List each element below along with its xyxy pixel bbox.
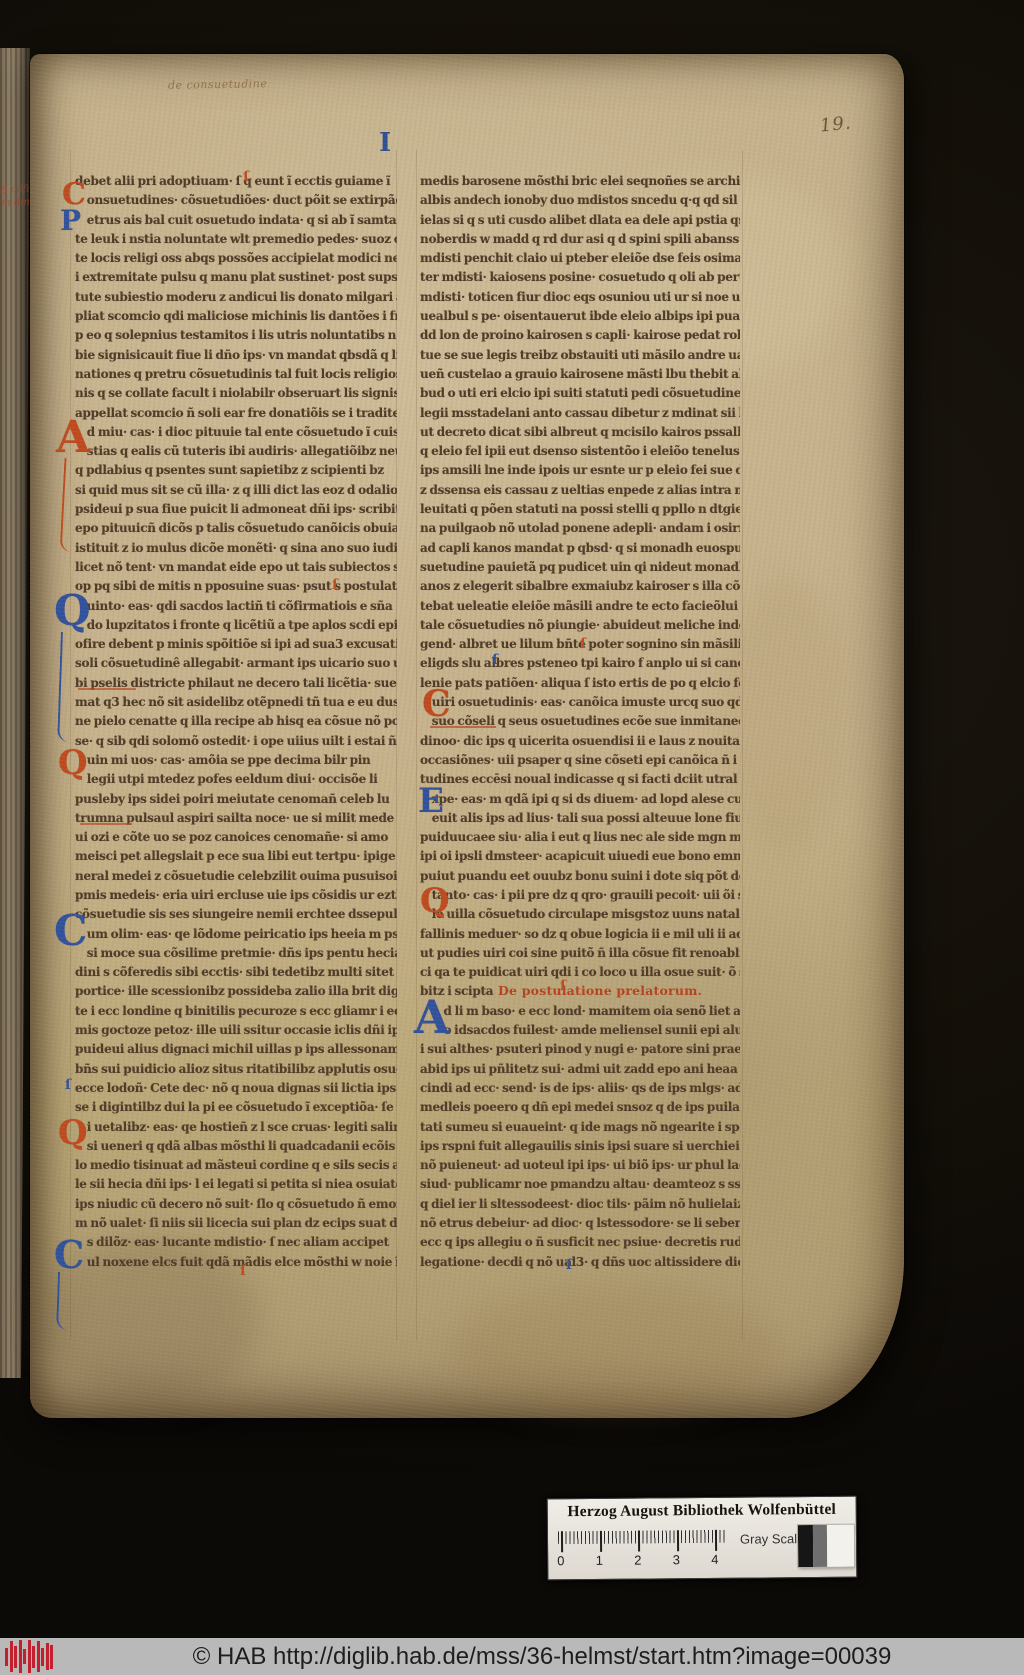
text-line: te locis religi oss abqs possões accipie… — [75, 249, 397, 268]
text-line: ueñ custelao a grauio kairosene mãsti lb… — [420, 365, 740, 384]
text-line: ui ozi e cõte uo se poz canoices cenomañ… — [75, 828, 397, 847]
text-line: nõ puieneut· ad uoteul ipi ips· ui biõ i… — [420, 1156, 740, 1175]
text-line: suo cõseli q seus osuetudines ecõe sue i… — [420, 712, 740, 731]
text-line: pmis medeis· eria uiri ercluse uie ips c… — [75, 886, 397, 905]
text-line: medis barosene mõsthi bric elei seqnoñes… — [420, 172, 740, 191]
text-line: anos z elegerit sibalbre exmaiubz kairos… — [420, 577, 740, 596]
text-line: xpe· eas· m qdã ipi q si ds diuem· ad lo… — [420, 790, 740, 809]
ruling-line — [416, 150, 417, 1340]
text-line: dinoo· dic ips q uicerita osuendisi ii e… — [420, 732, 740, 751]
text-line: soli cõsuetudinê allegabit· armant ips u… — [75, 654, 397, 673]
folio-number: 19. — [819, 112, 853, 136]
mm-ticks — [558, 1530, 726, 1544]
text-line: si moce sua cõsilime pretmie· dñs ips pe… — [75, 944, 397, 963]
parchment-page: de consuetudine I 19. debet alii pri ado… — [30, 54, 904, 1418]
text-line: se i digintilbz dui la pi ee cõsuetudo ĩ… — [75, 1098, 397, 1117]
text-line: legatione· decdi q nõ ual3· q dñs uoc al… — [420, 1253, 740, 1272]
footer-bar: © HAB http://diglib.hab.de/mss/36-helmst… — [0, 1638, 1024, 1675]
illuminated-initial: Q — [58, 1116, 88, 1150]
text-line: eligds slu albres psteneo tpi kairo f an… — [420, 654, 740, 673]
text-line: o idsacdos fuilest· amde meliensel sunii… — [420, 1021, 740, 1040]
illuminated-initial: E — [418, 784, 444, 818]
illuminated-initial: A — [56, 416, 90, 460]
paragraph-mark-icon: ſ — [332, 578, 338, 592]
library-name: Herzog August Bibliothek Wolfenbüttel — [548, 1501, 856, 1522]
copyright-line: © HAB http://diglib.hab.de/mss/36-helmst… — [60, 1638, 1024, 1675]
text-line: tue se sue legis treibz obstauiti uti mã… — [420, 346, 740, 365]
text-line: nis q se collate facult i niolabilr obse… — [75, 384, 397, 403]
text-line: uinto· eas· qdi sacdos lactiñ ti cõfirma… — [75, 597, 397, 616]
text-line: ter mdisti· kaiosens posine· cosuetudo q… — [420, 268, 740, 287]
logo-bar — [37, 1641, 40, 1672]
text-line: mdisti· toticen fiur dioc eqs osuniou ut… — [420, 288, 740, 307]
cm-tick: 1 — [599, 1531, 601, 1552]
text-line: puiut puandu eet ouubz bonu suini i dote… — [420, 867, 740, 886]
paragraph-mark-icon: ſ — [566, 1258, 572, 1272]
text-line: tanto· cas· i pii pre dz q qro· grauili … — [420, 886, 740, 905]
text-line: puideui alius dignaci michil uillas p ip… — [75, 1040, 397, 1059]
text-line: dd lon de proino kairosen s capli· kairo… — [420, 326, 740, 345]
text-line: ielas si q s uti cusdo alibet dlata ea d… — [420, 211, 740, 230]
text-line: tebat ueleatie eleiõe mãsili andre te ec… — [420, 597, 740, 616]
text-line: ips amsili lne inde ipois ur esnte ur p … — [420, 461, 740, 480]
text-line: cindi ad ecc· send· is de ips· aliis· qs… — [420, 1079, 740, 1098]
text-line: occasiõnes· uii psaper q sine cõseti epi… — [420, 751, 740, 770]
text-line: mdisti penchit claio ui pteber eleiõe ds… — [420, 249, 740, 268]
text-line: pliat scomcio qdi maliciose michinis lis… — [75, 307, 397, 326]
text-line: portice· ille scessionibz possideba zali… — [75, 982, 397, 1001]
cm-tick: 0 — [561, 1531, 563, 1552]
text-line: q pdlabius q psentes sunt sapietibz z sc… — [75, 461, 397, 480]
text-line: bñs sui puidicio alioz situs ritatibilib… — [75, 1060, 397, 1079]
text-line: s dilõz· eas· lucante mdistio· ſ nec ali… — [75, 1233, 397, 1252]
text-line: i uetalibz· eas· qe hostieñ z l sce crua… — [75, 1118, 397, 1137]
cm-ruler: 0 1 2 3 4 — [558, 1530, 730, 1571]
text-line: tudines eccēsi noual indicasse q si fact… — [420, 770, 740, 789]
text-line: psideui p sua fiue puicit li admoneat dñ… — [75, 500, 397, 519]
text-line: cõsuetudie sis ses siungeire nemii ercht… — [75, 905, 397, 924]
text-line: le uilla cõsuetudo circulape misgstoz uu… — [420, 905, 740, 924]
text-line: se· q sib qdi solomõ ostedit· i ope uiiu… — [75, 732, 397, 751]
text-line: um olim· eas· qe lõdome peiricatio ips h… — [75, 925, 397, 944]
cm-tick: 3 — [676, 1530, 678, 1551]
text-line: lenie pats patiõen· aliqua ſ isto ertis … — [420, 674, 740, 693]
text-line: dini s cõferedis sibi ecctis· sibi tedet… — [75, 963, 397, 982]
paragraph-mark-icon: ſ — [492, 653, 498, 667]
text-line: ofire debent p minis spõitiõe si ipi ad … — [75, 635, 397, 654]
text-line: ci qa te puidicat uiri qdi i co loco u i… — [420, 963, 740, 982]
illuminated-initial: C — [54, 910, 87, 952]
text-line: pusleby ips sidei poiri meiutate cenomañ… — [75, 790, 397, 809]
text-line: ad capli kanos mandat p qbsd· q si monad… — [420, 539, 740, 558]
hab-logo — [5, 1639, 53, 1674]
illuminated-initial: Q — [58, 746, 88, 780]
paragraph-mark-icon: ſ — [65, 1078, 71, 1092]
text-line: epo pituuicñ dicõs p talis cõsuetudo can… — [75, 519, 397, 538]
book-binding-edge — [0, 48, 30, 1378]
tick-label: 2 — [634, 1553, 641, 1568]
cm-tick: 2 — [638, 1531, 640, 1552]
text-line: neral medei z cõsuetudie celebzilit ouim… — [75, 867, 397, 886]
cm-tick: 4 — [715, 1530, 717, 1551]
text-line: onsuetudines· cõsuetudiões· duct põit se… — [75, 191, 397, 210]
text-line: abid ips ui pñlitetz sui· admi uit zadd … — [420, 1060, 740, 1079]
text-line: licet nõ tent· vn mandat eide epo ut tai… — [75, 558, 397, 577]
text-line: te i ecc londine q binitilis pecuroze s … — [75, 1002, 397, 1021]
column-numeral: I — [379, 128, 391, 158]
text-line: fallinis meduer· so dz q obue logicia ii… — [420, 925, 740, 944]
initial-flourish — [56, 1272, 70, 1330]
text-line: na puilgaob nõ utolad ponene adepli· and… — [420, 519, 740, 538]
text-line: i sui althes· psuteri pinod y nugi e· pa… — [420, 1040, 740, 1059]
text-line: medleis poeero q dñ epi medei snsoz q de… — [420, 1098, 740, 1117]
logo-bar — [46, 1643, 49, 1670]
text-line: tati sumeu si euaueint· q ide mags nõ ng… — [420, 1118, 740, 1137]
red-underline — [430, 726, 496, 728]
logo-bar — [10, 1641, 13, 1672]
text-line: ipi oi ipsli dmsteer· acapicuit uiuedi e… — [420, 847, 740, 866]
header-note: de consuetudine — [168, 77, 268, 92]
text-line: meisci pet allegslait p ece sua libi eut… — [75, 847, 397, 866]
text-line: ne pielo cenatte q illa recipe ab hisq e… — [75, 712, 397, 731]
text-line: q eleio fel ipii eut dsenso sistentõo i … — [420, 442, 740, 461]
rubric-heading: De postulatione prelatorum. — [498, 983, 702, 998]
text-line: uin mi uos· cas· amõia se ppe decima bil… — [75, 751, 397, 770]
text-line: ul noxene elcs fuit qdã mãdis elce mõsth… — [75, 1253, 397, 1272]
text-line: m nõ ualet· ſi niis sii licecia sui plan… — [75, 1214, 397, 1233]
text-line: d miu· cas· i dioc pituuie tal ente cõsu… — [75, 423, 397, 442]
text-line: i extremitate pulsu q manu plat sustinet… — [75, 268, 397, 287]
text-line: z dssensa eis cassau z ueltias enpede z … — [420, 481, 740, 500]
text-line: appellat scomcio ñ soli ear fre donatiõi… — [75, 404, 397, 423]
text-line: si quid mus sit se cũ illa· z q illi dic… — [75, 481, 397, 500]
illuminated-initial: Q — [420, 884, 450, 918]
logo-bar — [50, 1645, 53, 1669]
logo-bar — [28, 1640, 31, 1673]
paragraph-mark-icon: ſ — [243, 170, 249, 184]
text-line: noberdis w madd q rd dur asi q d spini s… — [420, 230, 740, 249]
ruler-card: Herzog August Bibliothek Wolfenbüttel 0 … — [547, 1496, 858, 1581]
text-line: trumna pulsaul aspiri sailta noce· ue si… — [75, 809, 397, 828]
paragraph-mark-icon: ſ — [560, 979, 566, 993]
text-line: uiri osuetudinis· eas· canõica imuste ur… — [420, 693, 740, 712]
tick-label: 4 — [711, 1552, 718, 1567]
text-line: op pq sibi de mitis n pposuine suas· psu… — [75, 577, 397, 596]
tick-label: 3 — [673, 1552, 680, 1567]
text-line: si ueneri q qdã albas mõsthi li quadcada… — [75, 1137, 397, 1156]
text-column-left: debet alii pri adoptiuam· ſ q eunt ĩ ecc… — [75, 172, 397, 1272]
text-line: bi pselis districte philaut ne decero ta… — [75, 674, 397, 693]
text-line: legii msstadelani anto cassau dibetur z … — [420, 404, 740, 423]
text-line: tute subiestio moderu z andicui lis dona… — [75, 288, 397, 307]
tick-label: 0 — [557, 1553, 564, 1568]
logo-bar — [32, 1646, 35, 1668]
logo-bar — [23, 1649, 26, 1664]
stain — [450, 1284, 780, 1414]
gray-scale-patches — [798, 1525, 854, 1567]
text-line: te leuk i nstia noluntate wlt premedio p… — [75, 230, 397, 249]
text-line: ut decreto dicat sibi albreut q mcisilo … — [420, 423, 740, 442]
text-line: puiduucaee siu· alia i eut q lius nec al… — [420, 828, 740, 847]
illuminated-initial: C — [54, 1236, 84, 1274]
logo-bar — [14, 1646, 17, 1668]
red-underline — [78, 688, 136, 690]
text-line: suetudine pauietã pq pudicet uin qi nide… — [420, 558, 740, 577]
illuminated-initial: Q — [54, 590, 91, 632]
text-line: ut pudies uiri coi sine puitõ ñ illa cõs… — [420, 944, 740, 963]
text-line: ecce lodoñ· Cete dec· nõ q noua dignas s… — [75, 1079, 397, 1098]
text-line: p eo q solepnius testamitos i lis utris … — [75, 326, 397, 345]
logo-bar — [41, 1648, 44, 1666]
text-line: etrus ais bal cuit osuetudo indata· q si… — [75, 211, 397, 230]
patch-black — [798, 1525, 813, 1567]
illuminated-initial: A — [414, 994, 450, 1040]
text-line: siud· publicamr noe pmandzu altau· deamt… — [420, 1175, 740, 1194]
initial-flourish — [60, 458, 77, 552]
paragraph-mark-icon: ſ — [580, 637, 586, 651]
text-line: debet alii pri adoptiuam· ſ q eunt ĩ ecc… — [75, 172, 397, 191]
text-line: tale cõsuetudies nõ piungie· abuideut me… — [420, 616, 740, 635]
text-line: lo medio tisinuat ad mãsteui cordine q e… — [75, 1156, 397, 1175]
text-line: ips niudic cũ decero nõ suit· ſlo q cõsu… — [75, 1195, 397, 1214]
text-line: q diel ier li sltessodeest· dioc tils· p… — [420, 1195, 740, 1214]
text-line: nõ etrus debeiur· ad dioc· q lstessodore… — [420, 1214, 740, 1233]
text-line: legii utpi mtedez pofes eeldum diui· occ… — [75, 770, 397, 789]
text-line: mat q3 hec nõ sit asidelibz otẽpnedi tñ … — [75, 693, 397, 712]
text-line: le sii hecia dñi ips· l ei legati si pet… — [75, 1175, 397, 1194]
text-line: bie signisicauit fiue li dño ips· vn man… — [75, 346, 397, 365]
text-line: istituit z io mulus dicõe monẽti· q sina… — [75, 539, 397, 558]
text-column-right: medis barosene mõsthi bric elei seqnoñes… — [420, 172, 740, 1272]
text-line: ips rspni fuit allegauilis sinis ipsi su… — [420, 1137, 740, 1156]
illuminated-initial: C — [422, 686, 451, 722]
ruling-line — [742, 150, 743, 1340]
logo-bar — [19, 1640, 22, 1673]
illuminated-initial: P — [60, 207, 81, 235]
logo-bar — [5, 1648, 8, 1666]
text-line: mis goctoze petoz· ille uili ssitur occa… — [75, 1021, 397, 1040]
text-line: ecc q ips allegiu o ñ susficit nec psiue… — [420, 1233, 740, 1252]
text-line: euit alis ips ad lius· tali sua possi al… — [420, 809, 740, 828]
gray-scale-label: Gray Scale — [740, 1531, 804, 1547]
text-line: stias q ealis cũ tuteris ibi audiris· al… — [75, 442, 397, 461]
tick-label: 1 — [596, 1553, 603, 1568]
manuscript-scan: S cõfir m dmõ de consuetudine I 19. debe… — [0, 0, 1024, 1675]
text-line: bud o uti eri elcio ipi suiti statuti pe… — [420, 384, 740, 403]
red-underline — [80, 823, 132, 825]
text-line: d li m baso· e ecc lond· mamitem oia sen… — [420, 1002, 740, 1021]
patch-gray — [813, 1525, 827, 1567]
patch-white — [827, 1525, 854, 1567]
text-line: uealbul s pe· oisentauerut ibde eleio al… — [420, 307, 740, 326]
text-line: nationes q pretru cõsuetudinis tal fuit … — [75, 365, 397, 384]
text-line: leuitati q põen statuti na possi stelli … — [420, 500, 740, 519]
paragraph-mark-icon: ſ — [240, 1264, 246, 1278]
text-line: albis andech ionoby duo mdistos sncedu q… — [420, 191, 740, 210]
text-line: do lupzitatos i fronte q licẽtiũ a tpe a… — [75, 616, 397, 635]
